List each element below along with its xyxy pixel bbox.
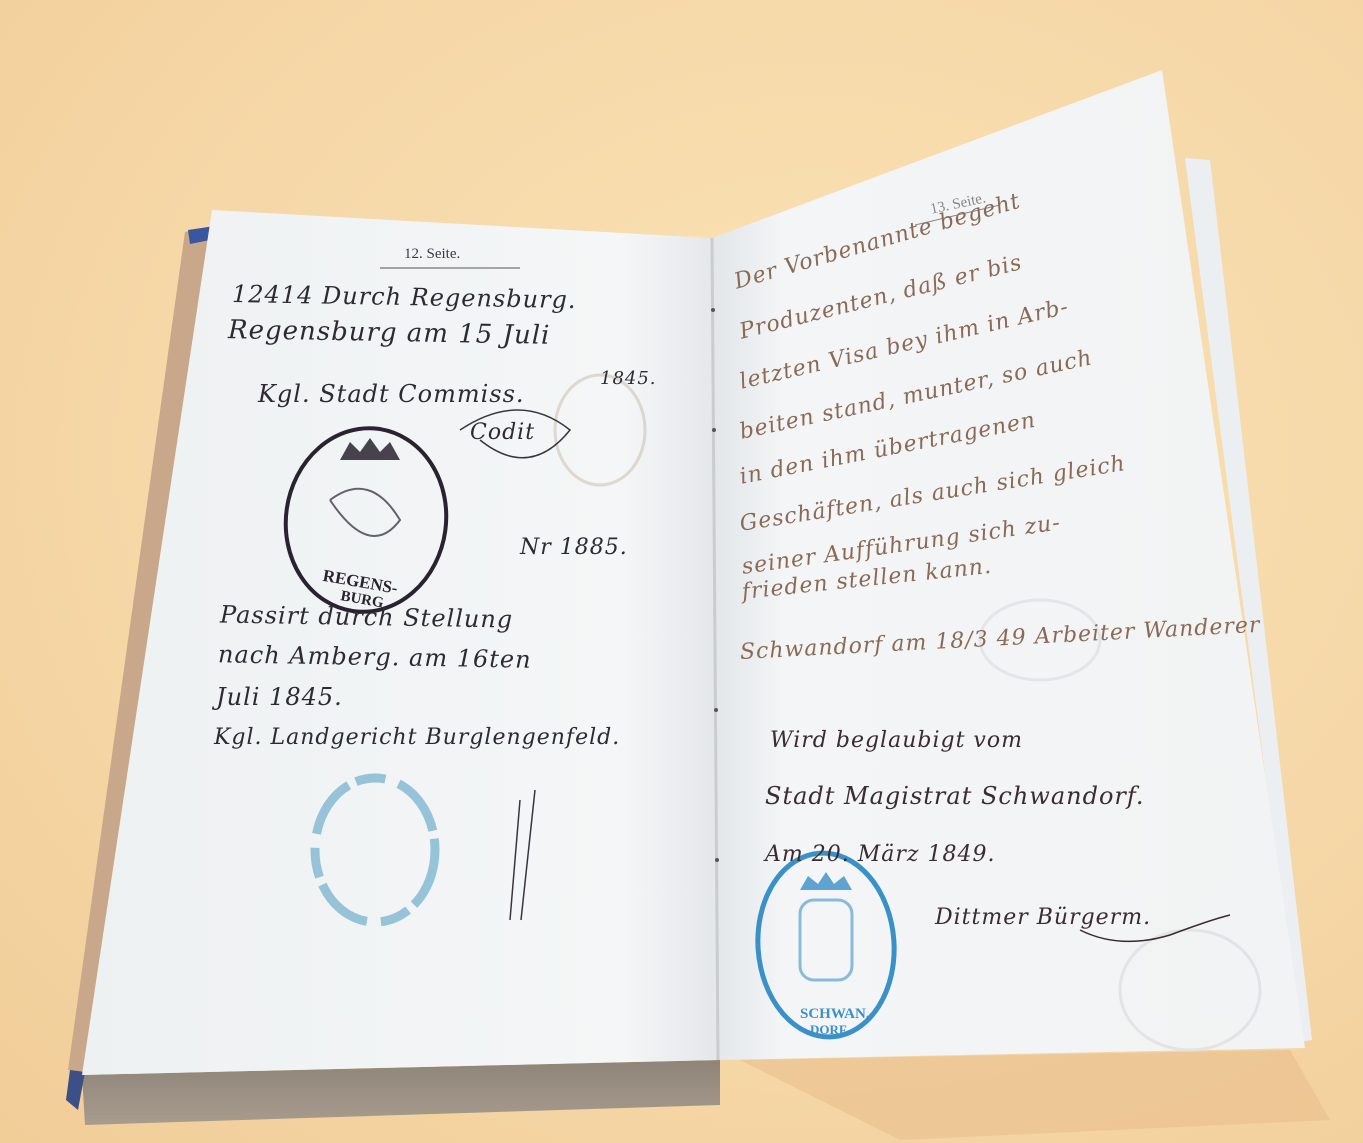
entry-line: Kgl. Landgericht Burglengenfeld. xyxy=(214,725,620,750)
entry-line: Kgl. Stadt Commiss. xyxy=(258,380,525,408)
entry-line: nach Amberg. am 16ten xyxy=(218,640,532,673)
svg-text:DORF: DORF xyxy=(810,1022,847,1037)
entry-line: Nr 1885. xyxy=(520,535,628,560)
entry-line: Juli 1845. xyxy=(216,683,343,711)
open-book: REGENS- BURG SCHWAN. DORF xyxy=(0,0,1363,1143)
entry-line: Wird beglaubigt vom xyxy=(770,728,1023,753)
entry-line: 1845. xyxy=(600,368,657,389)
signature: Dittmer Bürgerm. xyxy=(935,905,1151,930)
photo-scene: REGENS- BURG SCHWAN. DORF 12. Seite. 124… xyxy=(0,0,1363,1143)
page-number-left: 12. Seite. xyxy=(404,246,460,263)
entry-line: Codit xyxy=(470,420,535,445)
entry-line: 12414 Durch Regensburg. xyxy=(232,280,577,314)
svg-text:SCHWAN.: SCHWAN. xyxy=(800,1006,870,1022)
entry-line: Regensburg am 15 Juli xyxy=(228,315,551,351)
entry-line: Am 20. März 1849. xyxy=(765,842,995,867)
entry-line: Stadt Magistrat Schwandorf. xyxy=(765,782,1145,810)
shadow xyxy=(740,1050,1330,1140)
entry-line: Passirt durch Stellung xyxy=(220,600,514,633)
